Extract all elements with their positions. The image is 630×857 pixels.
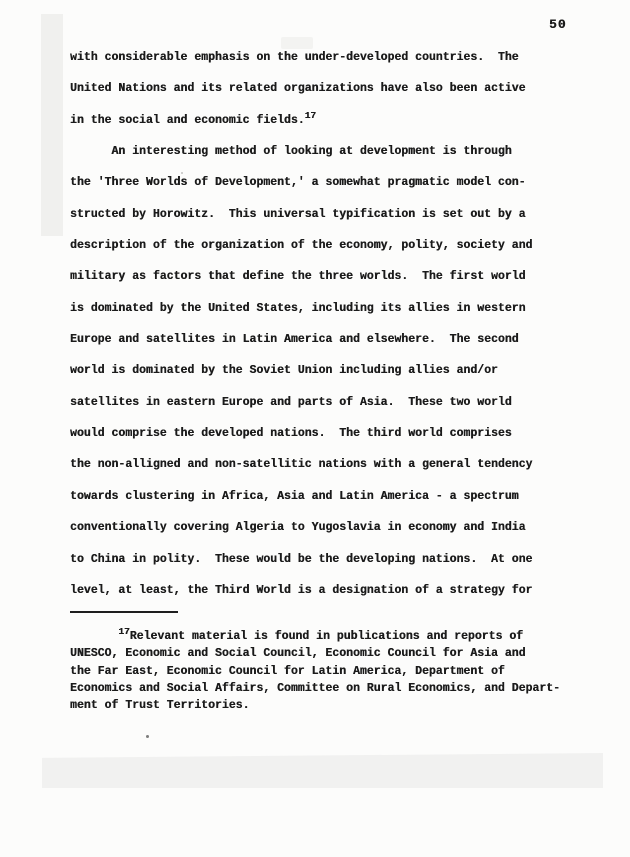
- body-line: the 'Three Worlds of Development,' a som…: [70, 167, 560, 198]
- body-line: level, at least, the Third World is a de…: [70, 575, 560, 606]
- body-line: description of the organization of the e…: [70, 230, 560, 261]
- body-text: with considerable emphasis on the under-…: [70, 42, 560, 606]
- footnote-line-first: 17Relevant material is found in publicat…: [70, 628, 600, 645]
- body-line-text: in the social and economic fields.: [70, 114, 305, 127]
- footnote-line: the Far East, Economic Council for Latin…: [70, 663, 600, 680]
- page-number: 50: [549, 17, 567, 32]
- scanned-document-page: 50 with considerable emphasis on the und…: [0, 0, 630, 857]
- body-line: with considerable emphasis on the under-…: [70, 42, 560, 73]
- footnote-line: ment of Trust Territories.: [70, 697, 600, 714]
- body-line: An interesting method of looking at deve…: [70, 136, 560, 167]
- scan-artifact-left-strip: [41, 14, 63, 236]
- footnote-line: UNESCO, Economic and Social Council, Eco…: [70, 645, 600, 662]
- footnote-line-text: Relevant material is found in publicatio…: [130, 630, 523, 643]
- body-line: the non-alligned and non-satellitic nati…: [70, 449, 560, 480]
- body-line: world is dominated by the Soviet Union i…: [70, 355, 560, 386]
- footnote-reference-17: 17: [305, 110, 316, 121]
- footnote-block: 17Relevant material is found in publicat…: [70, 628, 600, 714]
- scan-artifact-bottom-band: [42, 753, 603, 788]
- body-line: conventionally covering Algeria to Yugos…: [70, 512, 560, 543]
- body-line: United Nations and its related organizat…: [70, 73, 560, 104]
- footnote-indent: [70, 630, 118, 643]
- footnote-line: Economics and Social Affairs, Committee …: [70, 680, 600, 697]
- body-line: Europe and satellites in Latin America a…: [70, 324, 560, 355]
- body-line: satellites in eastern Europe and parts o…: [70, 387, 560, 418]
- body-line: to China in polity. These would be the d…: [70, 544, 560, 575]
- body-line: military as factors that define the thre…: [70, 261, 560, 292]
- footnote-number-17: 17: [118, 626, 129, 637]
- body-line-with-footnote-ref: in the social and economic fields.17: [70, 105, 560, 136]
- body-line: would comprise the developed nations. Th…: [70, 418, 560, 449]
- body-line: structed by Horowitz. This universal typ…: [70, 199, 560, 230]
- footnote-separator-rule: [70, 611, 178, 613]
- body-line: towards clustering in Africa, Asia and L…: [70, 481, 560, 512]
- scan-speck: [146, 735, 149, 738]
- body-line: is dominated by the United States, inclu…: [70, 293, 560, 324]
